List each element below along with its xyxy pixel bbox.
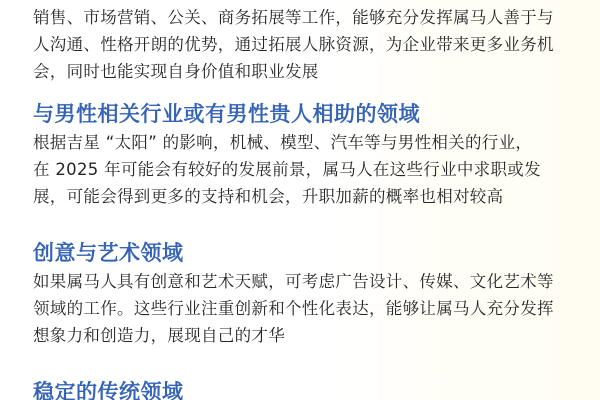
body-line: 会，同时也能实现自身价值和职业发展 xyxy=(33,58,593,85)
intro-paragraph: 销售、市场营销、公关、商务拓展等工作，能够充分发挥属马人善于与 人沟通、性格开朗… xyxy=(33,4,593,85)
section-heading: 稳定的传统领域 xyxy=(33,377,593,400)
body-line: 如果属马人具有创意和艺术天赋，可考虑广告设计、传媒、文化艺术等 xyxy=(33,268,593,295)
article: 销售、市场营销、公关、商务拓展等工作，能够充分发挥属马人善于与 人沟通、性格开朗… xyxy=(33,4,593,400)
body-line: 人沟通、性格开朗的优势，通过拓展人脉资源，为企业带来更多业务机 xyxy=(33,31,593,58)
body-line: 在 2025 年可能会有较好的发展前景，属马人在这些行业中求职或发 xyxy=(33,156,593,183)
body-line: 领域的工作。这些行业注重创新和个性化表达，能够让属马人充分发挥 xyxy=(33,295,593,322)
body-line: 展，可能会得到更多的支持和机会，升职加薪的概率也相对较高 xyxy=(33,183,593,210)
body-line: 根据吉星 “太阳” 的影响，机械、模型、汽车等与男性相关的行业， xyxy=(33,129,593,156)
section-male-industries: 与男性相关行业或有男性贵人相助的领域 根据吉星 “太阳” 的影响，机械、模型、汽… xyxy=(33,99,593,210)
section-heading: 与男性相关行业或有男性贵人相助的领域 xyxy=(33,99,593,129)
section-heading: 创意与艺术领域 xyxy=(33,238,593,268)
body-line: 销售、市场营销、公关、商务拓展等工作，能够充分发挥属马人善于与 xyxy=(33,4,593,31)
section-creative-arts: 创意与艺术领域 如果属马人具有创意和艺术天赋，可考虑广告设计、传媒、文化艺术等 … xyxy=(33,238,593,349)
section-stable-traditional: 稳定的传统领域 xyxy=(33,377,593,400)
body-line: 想象力和创造力，展现自己的才华 xyxy=(33,322,593,349)
